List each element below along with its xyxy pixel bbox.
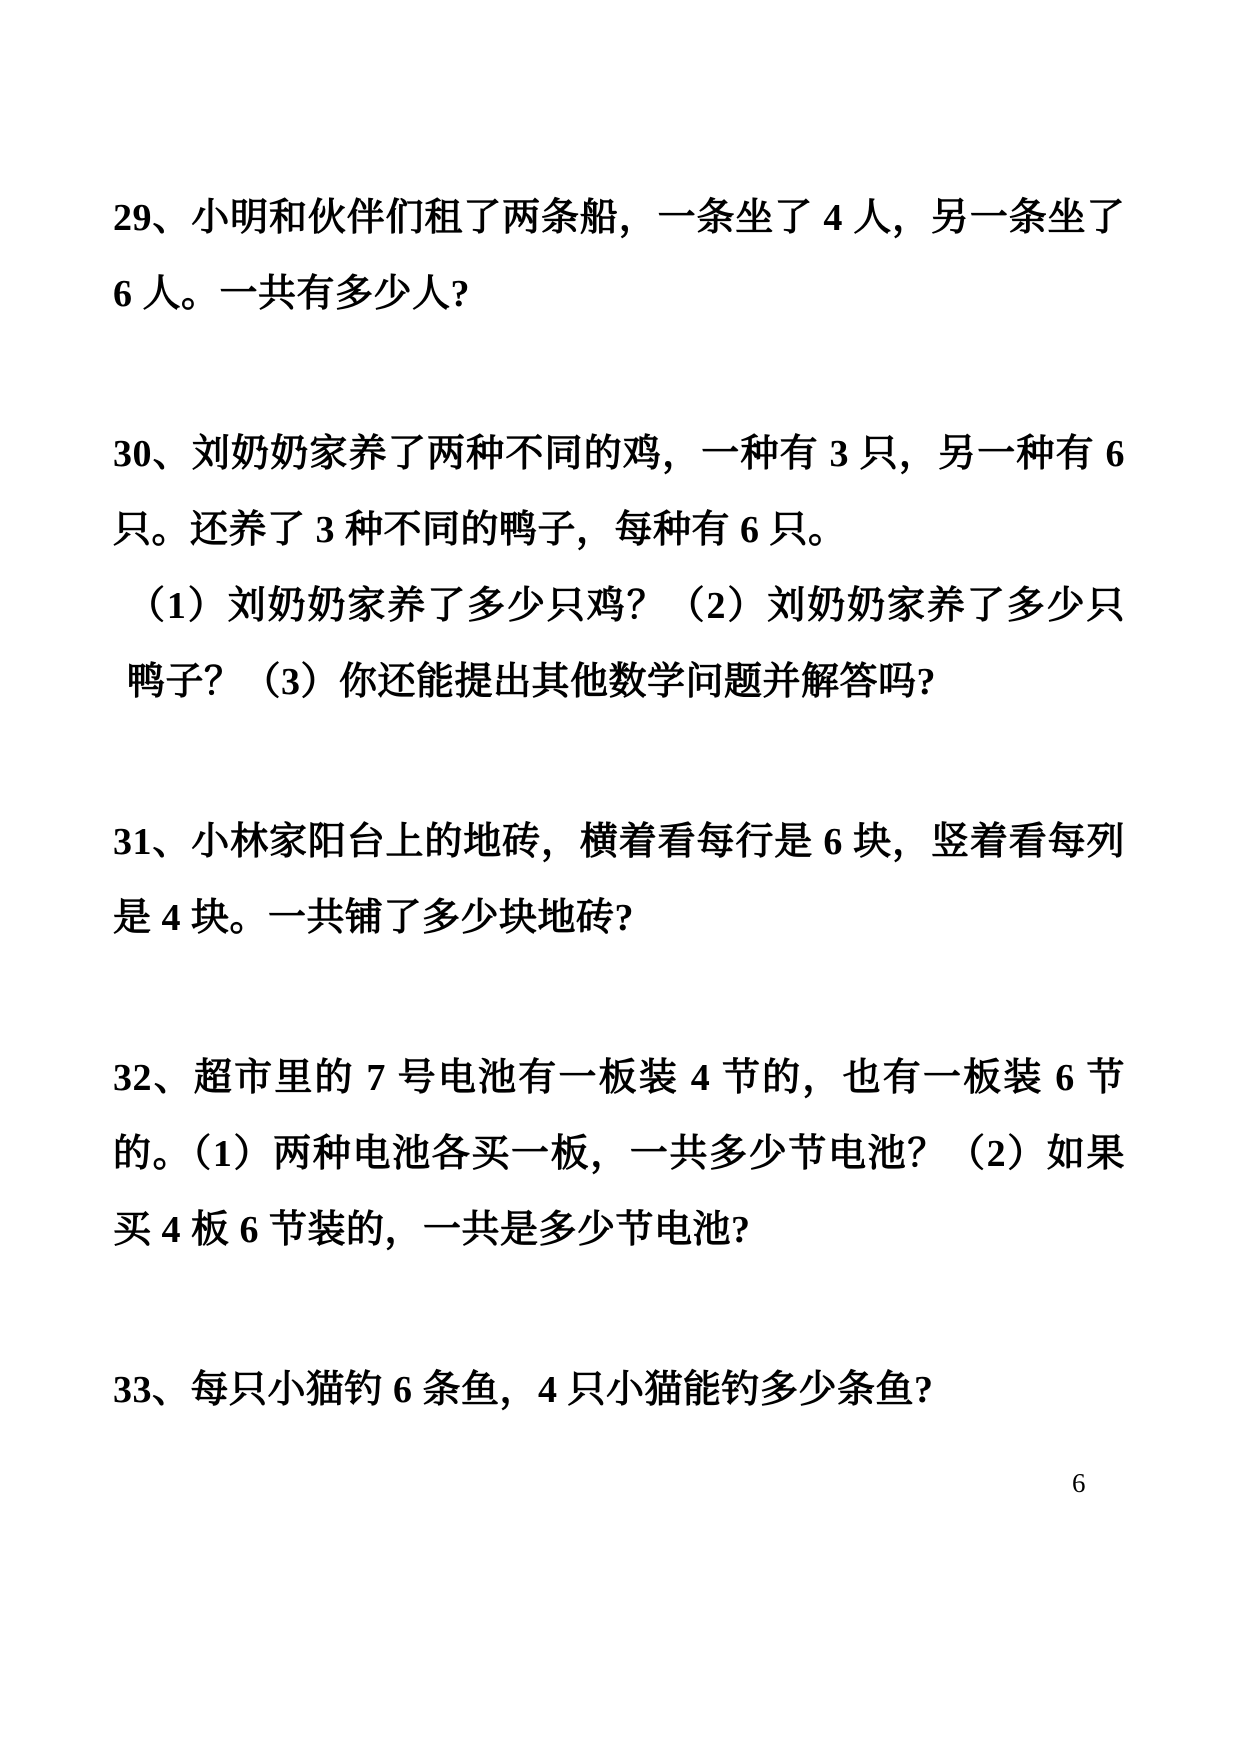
problem-31: 31、小林家阳台上的地砖，横着看每行是 6 块，竖着看每列是 4 块。一共铺了多… [113, 804, 1125, 956]
problem-30-subquestions: （1）刘奶奶家养了多少只鸡？（2）刘奶奶家养了多少只鸭子？（3）你还能提出其他数… [113, 568, 1125, 720]
problem-29: 29、小明和伙伴们租了两条船，一条坐了 4 人，另一条坐了 6 人。一共有多少人… [113, 180, 1125, 332]
problem-33-text: 33、每只小猫钓 6 条鱼，4 只小猫能钓多少条鱼? [113, 1352, 1125, 1428]
problem-30-text: 30、刘奶奶家养了两种不同的鸡，一种有 3 只，另一种有 6 只。还养了 3 种… [113, 416, 1125, 568]
problem-list: 29、小明和伙伴们租了两条船，一条坐了 4 人，另一条坐了 6 人。一共有多少人… [113, 180, 1125, 1512]
problem-32: 32、超市里的 7 号电池有一板装 4 节的，也有一板装 6 节的。（1）两种电… [113, 1040, 1125, 1268]
worksheet-page: 29、小明和伙伴们租了两条船，一条坐了 4 人，另一条坐了 6 人。一共有多少人… [0, 0, 1241, 1754]
page-number: 6 [1072, 1468, 1086, 1499]
problem-30: 30、刘奶奶家养了两种不同的鸡，一种有 3 只，另一种有 6 只。还养了 3 种… [113, 416, 1125, 720]
problem-33: 33、每只小猫钓 6 条鱼，4 只小猫能钓多少条鱼? [113, 1352, 1125, 1428]
problem-32-text: 32、超市里的 7 号电池有一板装 4 节的，也有一板装 6 节的。（1）两种电… [113, 1040, 1125, 1268]
problem-29-text: 29、小明和伙伴们租了两条船，一条坐了 4 人，另一条坐了 6 人。一共有多少人… [113, 180, 1125, 332]
problem-31-text: 31、小林家阳台上的地砖，横着看每行是 6 块，竖着看每列是 4 块。一共铺了多… [113, 804, 1125, 956]
